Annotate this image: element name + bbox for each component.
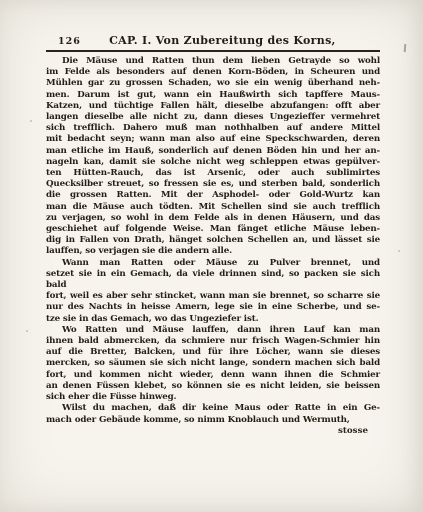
text-line: mercken, so säumen sie sich nicht lange,… (46, 358, 380, 369)
text-line: man etliche im Hauß, sonderlich auf dene… (46, 146, 380, 157)
paragraph: Wann man Ratten oder Mäuse zu Pulver bre… (46, 258, 380, 325)
text-line: sich eher die Füsse hinweg. (46, 392, 380, 403)
text-line: Die Mäuse und Ratten thun dem lieben Get… (46, 56, 380, 67)
text-line: ten Hütten-Rauch, das ist Arsenic, oder … (46, 168, 380, 179)
text-block: Die Mäuse und Ratten thun dem lieben Get… (46, 56, 380, 426)
text-line: Wann man Ratten oder Mäuse zu Pulver bre… (46, 258, 380, 269)
text-line: geschiehet auf folgende Weise. Man fänge… (46, 224, 380, 235)
text-line: dig in Fallen von Drath, hänget solchen … (46, 235, 380, 246)
text-line: setzet sie in ein Gemach, da viele drinn… (46, 269, 380, 291)
scan-speck (30, 120, 32, 122)
text-line: mit bedacht seyn; wann man also auf eine… (46, 134, 380, 145)
text-line: im Felde als besonders auf denen Korn-Bö… (46, 67, 380, 78)
text-line: fort, weil es aber sehr stincket, wann m… (46, 291, 380, 302)
page-content: 126 CAP. I. Von Zubereitung des Korns, D… (46, 34, 380, 437)
text-line: an denen Füssen klebet, so können sie es… (46, 381, 380, 392)
text-line: sich trefflich. Dahero muß man nothhalbe… (46, 123, 380, 134)
text-line: auf die Bretter, Balcken, und für ihre L… (46, 347, 380, 358)
page-number: 126 (58, 36, 81, 47)
book-page-scan: 126 CAP. I. Von Zubereitung des Korns, D… (0, 0, 423, 512)
text-line: langen dieselbe alle nicht zu, dann dies… (46, 112, 380, 123)
paragraph: Die Mäuse und Ratten thun dem lieben Get… (46, 56, 380, 258)
text-line: ihnen bald abmercken, da schmiere nur fr… (46, 336, 380, 347)
text-line: nur des Nachts in heisse Amern, lege sie… (46, 302, 380, 313)
chapter-header-title: CAP. I. Von Zubereitung des Korns, (81, 34, 378, 47)
text-line: die grossen Ratten. Mit der Asphodel- od… (46, 190, 380, 201)
text-line: lauffen, so verjagen sie die andern alle… (46, 246, 380, 257)
text-line: man die Mäuse auch tödten. Mit Schellen … (46, 202, 380, 213)
text-line: Quecksilber streuet, so fressen sie es, … (46, 179, 380, 190)
scan-artifact-mark (403, 44, 405, 52)
text-line: tze sie in das Gemach, wo das Ungeziefer… (46, 314, 380, 325)
paragraph: Wilst du machen, daß dir keine Maus oder… (46, 403, 380, 425)
text-line: Mühlen gar zu grossen Schaden, wo sie ei… (46, 78, 380, 89)
text-line: Wo Ratten und Mäuse lauffen, dann ihren … (46, 325, 380, 336)
text-line: Wilst du machen, daß dir keine Maus oder… (46, 403, 380, 414)
text-line: mach oder Gebäude komme, so nimm Knoblau… (46, 415, 380, 426)
scan-speck (26, 330, 28, 332)
text-line: fort, und kommen nicht wieder, denn wann… (46, 370, 380, 381)
scan-speck (398, 250, 400, 252)
text-line: zu verjagen, so wohl in dem Felde als in… (46, 213, 380, 224)
paragraph: Wo Ratten und Mäuse lauffen, dann ihren … (46, 325, 380, 403)
running-header: 126 CAP. I. Von Zubereitung des Korns, (46, 34, 380, 52)
text-line: nageln kan, damit sie solche nicht weg s… (46, 157, 380, 168)
catchword: stosse (46, 426, 380, 437)
text-line: Katzen, und tüchtige Fallen hält, diesel… (46, 101, 380, 112)
text-line: men. Darum ist gut, wann ein Haußwirth s… (46, 90, 380, 101)
